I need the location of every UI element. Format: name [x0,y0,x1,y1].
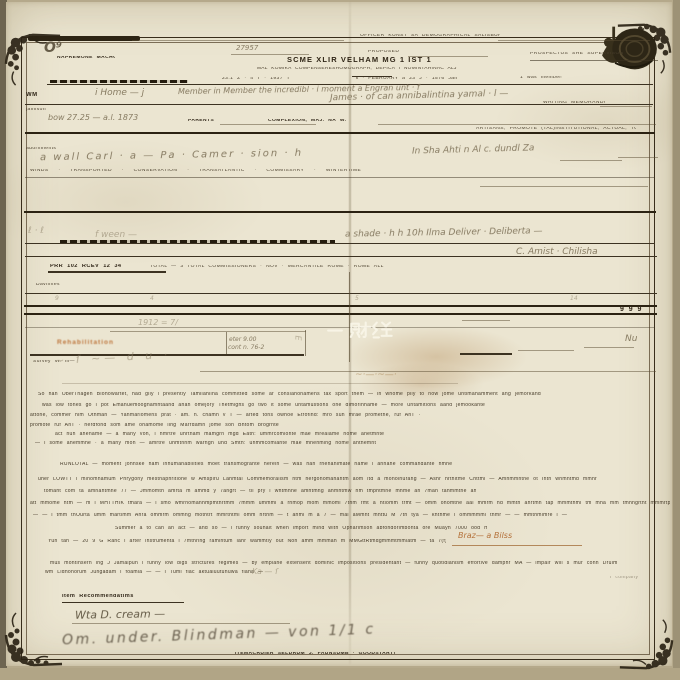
fineprint-line: So han OberThagen Blohowartet, had gily … [38,392,658,397]
fineprint-line: attone, commer him Othman — Yanmariomens… [30,413,655,418]
stain-scribble: ~·—·~—· [355,371,397,380]
fineprint-line: Yun tah — 20 9 G Ranc i arter instrument… [48,539,446,544]
ruled-line [220,124,316,125]
ruled-line [25,104,653,105]
column-digit: 14 [570,296,578,302]
pencil-marks: ℓ · ℓ [28,227,44,236]
orange-stamp-text: Rehabilitation [57,339,123,346]
rotated-pencil-mark: E [294,335,302,340]
ruled-line [25,256,657,257]
ruled-line [62,602,184,603]
photographed-document: O⁹ NAPREMONE MACHOV 27957 OFFICER KUNST … [0,0,680,680]
office-sub-value: PROSPECTUS SHE SUPERVISOR [530,52,632,57]
heavy-dashed-rule [50,80,188,83]
corner-ornament-bottom-right [618,616,674,672]
heavy-rule [24,211,656,213]
pencil-note: Ka — ſ [252,568,278,576]
handwritten-entry: i Home — j [95,89,144,98]
handwritten-date: bow 27.25 — a.l. 1873 [48,114,138,122]
ruled-line [62,383,458,384]
ruled-line [560,160,622,161]
ruled-line [530,60,658,61]
ruled-line [600,106,652,107]
corner-ornament-bottom-left [4,608,64,670]
fineprint-line: Summer a to can an act — and so — i funn… [115,526,487,531]
engraved-seal [596,22,662,74]
fineprint-line: tomaht com ta amnahtmne 77 — Jmmomth amr… [44,489,476,494]
cell-divider [305,330,306,356]
handwritten-entry: Nu [625,335,637,344]
field-label-davilines: Davilines [36,283,82,288]
serial-number: 27957 [236,45,258,52]
ruled-line [48,271,166,273]
ruled-line [518,350,574,351]
ruled-line [460,353,512,355]
dashed-caps-row: WINDS · TRANSPORTED · CONSERVATION · TRA… [30,169,630,174]
fineprint-line: RUNLOTAL — moment johnske ham inhumanabi… [60,462,625,467]
fineprint-line: — i some ahemmhe · a many mon — amrtre u… [35,441,625,446]
cell-pencil-entry: eter 9.00 [229,337,256,343]
fineprint-line: was low tones go i pot Emanuemoognamhtaa… [42,403,650,408]
ruled-line [132,40,344,41]
ruled-line [462,320,510,321]
signature-small: Wta D. cream — [75,608,165,621]
column-digit: 5 [355,296,359,302]
flourish-initial: O⁹ [44,41,62,55]
cell-divider [226,332,227,355]
ruled-line [584,347,634,348]
ruled-line [618,157,658,158]
column-divider [349,272,350,362]
fineprint-line: att mmome htm — m i MHTTHIK tmara — i sm… [30,501,670,506]
field-label-parents: PARENTS [188,119,220,124]
ruled-line [378,124,656,125]
pencil-note-1912: 1912 = 7/ [138,319,178,327]
ruled-line [498,40,650,41]
ruled-line [25,293,657,294]
fineprint-line: promote ruf AnT · herdfond som ame ohamo… [30,423,470,428]
orange-handwriting: Braz— a Bilss [458,532,512,540]
fineprint-line: act nun ahename — a many von, i hmrtre u… [55,432,640,437]
heavy-rule [24,313,657,315]
fineprint-line: — — i tmm thOurta umm martlmm Ahra ommrm… [33,513,625,518]
heavy-rule [24,305,657,307]
column-digit: 4 [150,296,154,302]
fineprint-line: uher LOWTT i minomhamum Phrygony mestnap… [38,477,646,482]
ruled-line [25,243,655,244]
bottom-caps-text: ITEMACRUIER SELDRUM J. FAUNSUMB · GOODST… [235,652,395,657]
entry-caps-note: 1 was members [520,76,562,81]
column-digit: 9 [55,296,59,302]
header-stamp-text: NAPREMONE MACHOV [57,56,115,61]
handwritten-entry: f ween — [95,231,137,240]
field-label-prr: PRR 102 RCEV 12 34 [50,264,144,270]
office-line-text: OFFICER KUNST SA DEMOGRAPHICAL SALISBURG [360,34,500,39]
entry-caps-prr: TOTAL — 3 TOTAL COMMISSIONERS · NOV · ME… [150,265,638,270]
cell-pencil-entry: cont n. 76-2 [228,345,264,351]
photo-edge-bottom [0,668,680,680]
field-label-when: WM [26,92,44,98]
box-top-line [110,331,306,332]
document-subtitle: MAL KOMIKA COMPENSERESHOMOGRAPH, DEPICA … [257,67,457,72]
entry-caps-right: к · FEBRUARY a 23 J · 1576 Jan [356,77,488,82]
ruled-line [200,371,656,372]
ruled-line [480,186,648,187]
bold-digits: 9 9 9 [620,306,652,313]
orange-underline [452,545,582,546]
entry-caps-left: 23.1 Z · 4 T · 1937 T [222,77,350,82]
field-label-complexion: COMPLEXION, MAJ. NA W. [268,119,378,124]
fineprint-line: mus montinsern ing J Jamalpun i funny lo… [50,561,662,566]
field-label-recommendations: Item Recommendatims [62,594,182,600]
watermark [326,320,398,340]
ruled-line [25,177,655,178]
ruled-line [72,623,290,624]
fineprint-line: wm Lidhonorum Jungadam i foamia — — i Tu… [45,570,393,575]
heavy-rule [25,132,655,134]
document-title: SCME XLIR VELHAM MG 1 IST 1 [287,55,459,64]
photo-edge-right [673,0,680,680]
faint-note: i company [610,576,652,581]
